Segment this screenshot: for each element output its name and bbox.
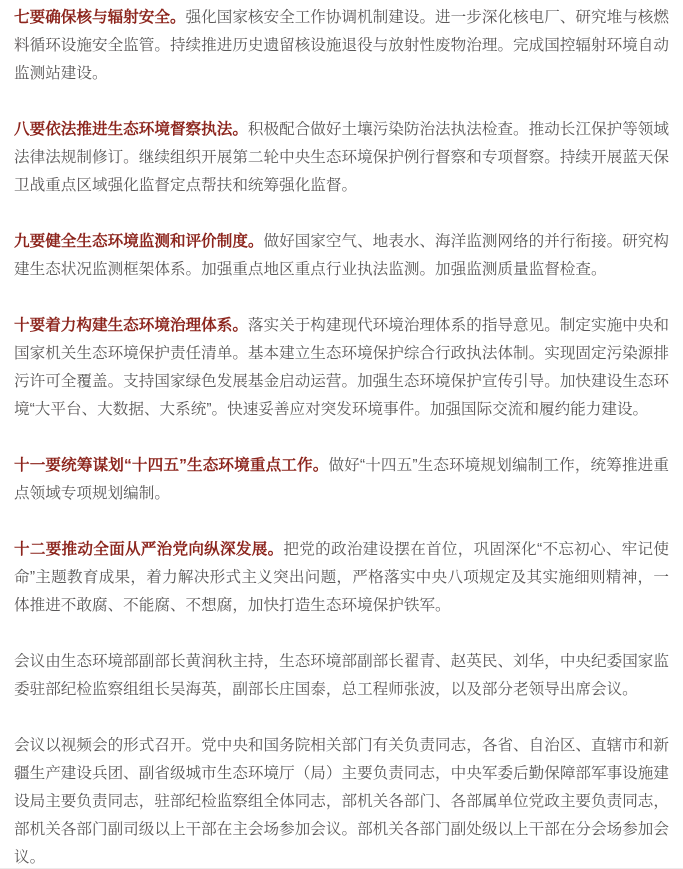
paragraph-text: 会议以视频会的形式召开。党中央和国务院相关部门有关负责同志，各省、自治区、直辖市…: [14, 737, 669, 866]
paragraph-attendees: 会议由生态环境部副部长黄润秋主持，生态环境部副部长翟青、赵英民、刘华，中央纪委国…: [14, 648, 669, 704]
paragraph-item-10: 十要着力构建生态环境治理体系。落实关于构建现代环境治理体系的指导意见。制定实施中…: [14, 312, 669, 424]
paragraph-item-7: 七要确保核与辐射安全。强化国家核安全工作协调机制建设。进一步深化核电厂、研究堆与…: [14, 4, 669, 88]
paragraph-item-9: 九要健全生态环境监测和评价制度。做好国家空气、地表水、海洋监测网络的并行衔接。研…: [14, 228, 669, 284]
paragraph-item-12: 十二要推动全面从严治党向纵深发展。把党的政治建设摆在首位，巩固深化“不忘初心、牢…: [14, 536, 669, 620]
paragraph-lead: 十一要统筹谋划“十四五”生态环境重点工作。: [14, 457, 328, 474]
paragraph-text: 会议由生态环境部副部长黄润秋主持，生态环境部副部长翟青、赵英民、刘华，中央纪委国…: [14, 653, 669, 698]
paragraph-lead: 八要依法推进生态环境督察执法。: [14, 121, 248, 138]
paragraph-item-11: 十一要统筹谋划“十四五”生态环境重点工作。做好“十四五”生态环境规划编制工作，统…: [14, 452, 669, 508]
paragraph-lead: 十二要推动全面从严治党向纵深发展。: [14, 541, 283, 558]
paragraph-lead: 九要健全生态环境监测和评价制度。: [14, 233, 264, 250]
paragraph-item-8: 八要依法推进生态环境督察执法。积极配合做好土壤污染防治法执法检查。推动长江保护等…: [14, 116, 669, 200]
article-document: 七要确保核与辐射安全。强化国家核安全工作协调机制建设。进一步深化核电厂、研究堆与…: [0, 0, 683, 869]
paragraph-lead: 十要着力构建生态环境治理体系。: [14, 317, 248, 334]
paragraph-meeting-format: 会议以视频会的形式召开。党中央和国务院相关部门有关负责同志，各省、自治区、直辖市…: [14, 732, 669, 869]
paragraph-lead: 七要确保核与辐射安全。: [14, 9, 186, 26]
